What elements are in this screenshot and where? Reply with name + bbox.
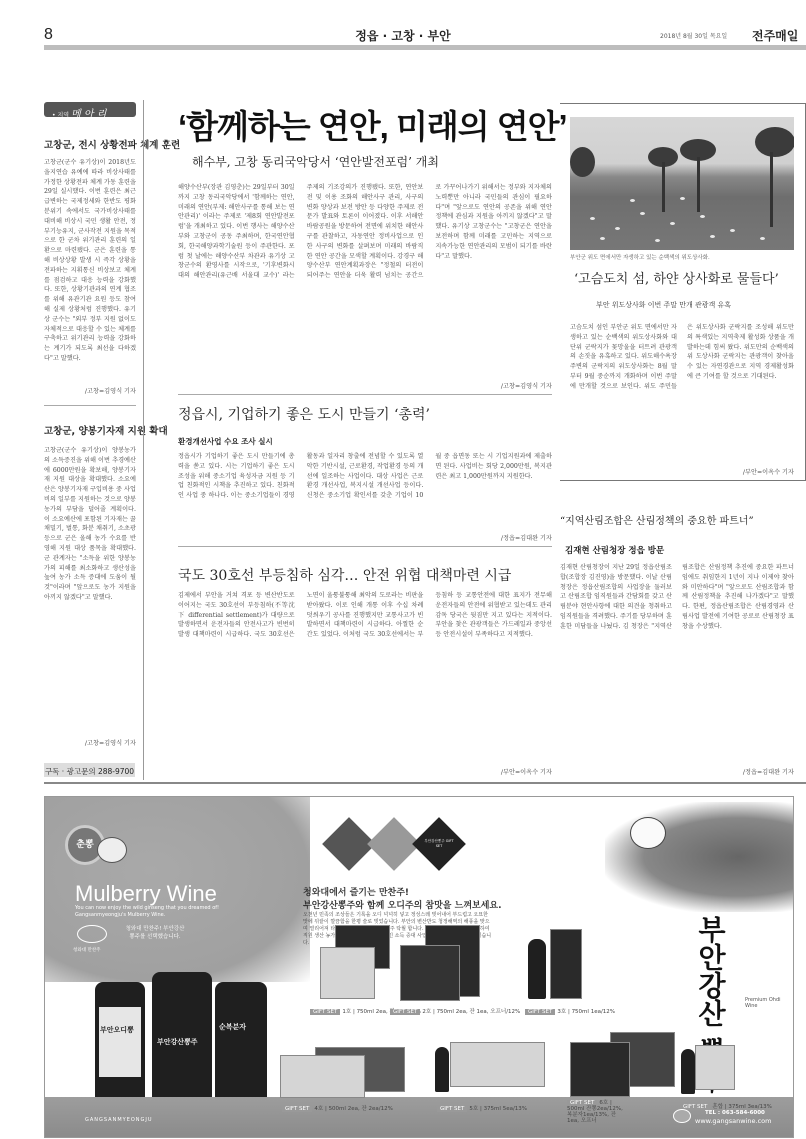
jeongeup-byline: /정읍=김대완 기자 — [430, 533, 552, 542]
main-article-byline: /고창=김영식 기자 — [430, 381, 552, 390]
gift-set-7-box — [695, 1045, 735, 1090]
forest-headline: “지역산림조합은 산림정책의 중요한 파트너” — [560, 512, 754, 527]
newspaper-name: 전주매일 — [752, 27, 798, 44]
gift-set-1-front — [320, 947, 375, 999]
box-border-bottom — [560, 480, 806, 481]
column-badge: • 지역메 아 리 — [44, 102, 136, 117]
bottle-2-label: 부안강산뽕주 — [157, 1037, 198, 1047]
gift-set-6-tag: GIFT SET6호 | 500ml 잔뽕2ea/12%, 복분자1ea/13%… — [567, 1100, 627, 1124]
ad-tel: TEL : 063-584-6000 — [705, 1110, 765, 1116]
bullet-icon: • — [52, 112, 56, 119]
company-name: GANGSANMYEONGJU — [85, 1117, 153, 1123]
bottle-1 — [95, 982, 145, 1114]
mascot-icon — [97, 837, 127, 863]
ad-headline-1: 청와대에서 즐기는 만찬주! — [303, 885, 409, 898]
sidebar-article-2-byline: /고창=김영식 기자 — [44, 738, 136, 747]
gift-set-2-tag: GIFT SET2호 | 750ml 2ea, 잔 1ea, 오프너/12% — [390, 1007, 520, 1015]
gift-set-4-box — [280, 1055, 365, 1098]
photo-article-byline: /부안=이옥수 기자 — [690, 467, 794, 476]
mulberry-leaves-image — [605, 802, 794, 912]
gift-set-7-tag: GIFT SET혼합 | 375ml 3ea/13% — [680, 1102, 772, 1110]
road-headline: 국도 30호선 부등침하 심각… 안전 위협 대책마련 시급 — [178, 565, 511, 585]
ad-tagline: You can now enjoy the wild ginseng that … — [75, 905, 245, 919]
badge-label-small: 지역 — [57, 112, 69, 119]
box-border-top — [560, 103, 806, 104]
forest-subhead: 김재현 산림청장 정읍 방문 — [565, 544, 664, 556]
road-byline: /부안=이옥수 기자 — [430, 767, 552, 776]
diamond-label: 부안강산뽕주 GIFT SET — [423, 839, 455, 848]
company-logo-icon — [673, 1109, 691, 1123]
gift-set-5-box — [450, 1042, 545, 1087]
lily-field-photo — [570, 117, 794, 250]
badge-label-big: 메 아 리 — [71, 109, 106, 120]
subscription-contact: 구독 · 광고문의 288-9700 — [44, 763, 135, 777]
mulberry-wine-ad: 춘뽕 Mulberry Wine You can now enjoy the w… — [44, 796, 794, 1138]
gift-set-5-bottle — [435, 1047, 449, 1092]
ad-title: Mulberry Wine — [75, 881, 217, 907]
blue-house-seal-icon — [77, 925, 107, 943]
sidebar-article-2-body: 고창군(군수 유기상)이 양봉농가의 소득증진을 위해 이번 추경예산에 600… — [44, 446, 136, 734]
bottle-3-label: 순복분자 — [219, 1022, 246, 1032]
bottle-3 — [215, 982, 267, 1114]
gift-set-3-bottle — [528, 939, 546, 999]
road-body: 김제에서 부안을 거쳐 격포 등 변산반도로 이어지는 국도 30호선이 부등침… — [178, 591, 552, 771]
masthead-rule — [44, 45, 806, 50]
jeongeup-subhead: 환경개선사업 수요 조사 실시 — [178, 436, 273, 447]
ad-website[interactable]: www.gangsanwine.com — [695, 1117, 771, 1125]
photo-article-headline: ‘고슴도치 섬, 하얀 상사화로 물들다’ — [574, 268, 779, 287]
divider — [44, 405, 136, 406]
forest-body: 김재현 산림청장이 지난 29일 정읍산림조합(조합장 김진영)을 방문했다. … — [560, 563, 794, 763]
gift-set-7-bottle — [681, 1049, 695, 1094]
gift-set-5-tag: GIFT SET5호 | 375ml 5ea/13% — [437, 1104, 527, 1112]
gift-set-4-tag: GIFT SET4호 | 500ml 2ea, 잔 2ea/12% — [282, 1104, 393, 1112]
mascot-character-icon — [630, 817, 666, 849]
divider — [178, 394, 552, 395]
premium-text: Premium Ohdi Wine — [745, 997, 790, 1009]
main-subhead: 해수부, 고창 동리국악당서 ‘연안발전포럼’ 개최 — [192, 153, 439, 170]
jeongeup-headline: 정읍시, 기업하기 좋은 도시 만들기 ‘총력’ — [178, 404, 430, 424]
sidebar-article-2-title: 고창군, 양봉기자재 지원 확대 — [44, 423, 168, 437]
main-headline: ‘함께하는 연안, 미래의 연안’ — [178, 101, 567, 148]
main-article-body: 해양수산부(장관 김영춘)는 29일부터 30일까지 고창 동리국악당에서 '함… — [178, 183, 552, 381]
bottle-1-label: 부안오디뽕 — [100, 1025, 134, 1035]
ad-headline-2: 부안강산뽕주와 함께 오디주의 참맛을 느껴보세요. — [303, 898, 502, 911]
photo-article-body: 고슴도치 섬인 부안군 위도 면에서만 자생하고 있는 순백색의 위도상사화와 … — [570, 323, 794, 467]
column-divider — [143, 100, 144, 780]
divider — [178, 546, 552, 547]
issue-date: 2018년 8월 30일 목요일 — [660, 31, 727, 40]
jeongeup-body: 정읍시가 기업하기 좋은 도시 만들기에 총력을 쏟고 있다. 시는 기업하기 … — [178, 452, 552, 524]
gift-set-3-tag: GIFT SET3호 | 750ml 1ea/12% — [525, 1007, 615, 1015]
sidebar-article-1-byline: /고창=김영식 기자 — [44, 386, 136, 395]
forest-byline: /정읍=김대완 기자 — [690, 767, 794, 776]
gift-set-2-front — [400, 945, 460, 1001]
gift-set-3-bag — [550, 929, 582, 999]
gift-set-6-box — [570, 1042, 630, 1097]
sidebar-article-1-title: 고창군, 전시 상황전파 체계 훈련 — [44, 137, 180, 151]
photo-caption: 부안군 위도 면에서만 자생하고 있는 순백색의 위도상사화. — [570, 253, 710, 261]
ad-separator — [44, 782, 806, 784]
seal-message: 청와대 만찬주! 부안강산뽕주를 선택했습니다. — [125, 925, 185, 941]
sidebar-article-1-body: 고창군(군수 유기상)이 2018년도 을지연습 유예에 따라 비상사태를 가정… — [44, 158, 136, 386]
seal-label: 청와대 만찬주 — [73, 947, 101, 953]
photo-article-subhead: 부안 위도상사화 이번 주말 만개 관광객 유혹 — [596, 300, 731, 310]
